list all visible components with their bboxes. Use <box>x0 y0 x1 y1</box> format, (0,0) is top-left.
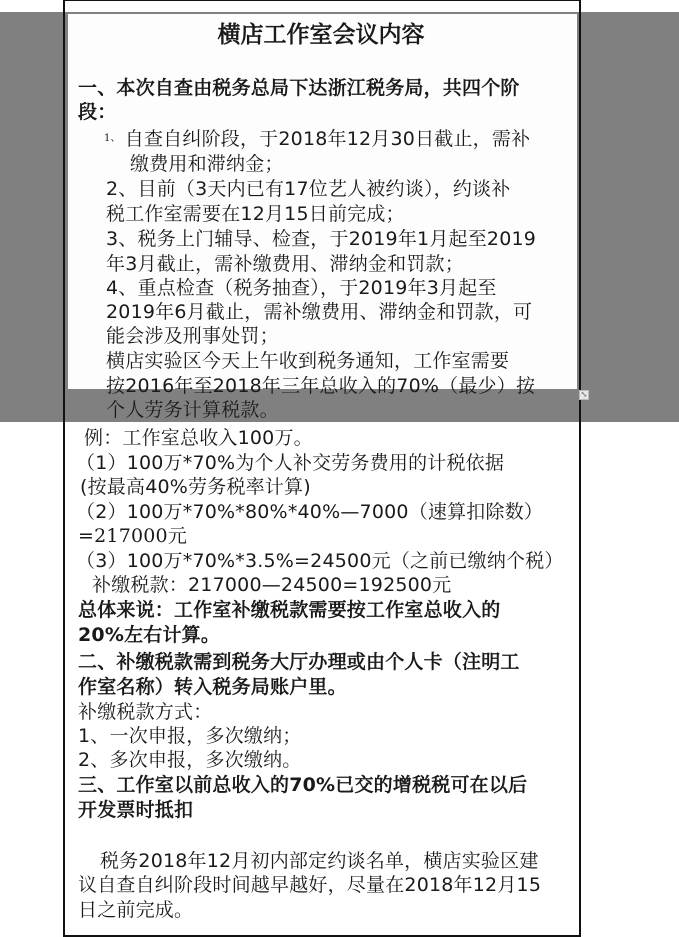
notice-line1: 横店实验区今天上午收到税务通知，工作室需要 <box>106 349 509 373</box>
stage1-marker: 1、 <box>104 133 121 144</box>
summary-line1: 总体来说：工作室补缴税款需要按工作室总收入的 <box>78 598 500 622</box>
section3-heading-cont: 开发票时抵扣 <box>78 798 193 822</box>
example-step1-line2: (按最高40%劳务税率计算) <box>80 475 311 499</box>
resize-handle-icon[interactable]: ⤡ <box>579 390 589 400</box>
notice-line3: 个人劳务计算税款。 <box>106 398 279 422</box>
stage1-line2: 缴费用和滞纳金； <box>130 152 284 176</box>
closing-line2: 议自查自纠阶段时间越早越好，尽量在2018年12月15 <box>78 873 541 897</box>
stage4-line1: 4、重点检查（税务抽查），于2019年3月起至 <box>106 276 497 300</box>
section2-heading-cont: 作室名称）转入税务局账户里。 <box>78 675 347 699</box>
summary-line2: 20%左右计算。 <box>78 623 220 647</box>
stage4-line2: 2019年6月截止，需补缴费用、滞纳金和罚款，可 <box>106 300 532 324</box>
section1-heading-cont: 段： <box>78 100 116 124</box>
section3-heading: 三、工作室以前总收入的70%已交的增税税可在以后 <box>78 773 527 797</box>
document-page: 横店工作室会议内容 一、本次自查由税务总局下达浙江税务局，共四个阶 段： 1、自… <box>64 0 578 935</box>
stage1-text: 自查自纠阶段，于2018年12月30日截止，需补 <box>125 128 531 150</box>
stage2-line2: 税工作室需要在12月15日前完成； <box>106 202 405 226</box>
document-title: 横店工作室会议内容 <box>64 20 578 50</box>
section2-heading: 二、补缴税款需到税务大厅办理或由个人卡（注明工 <box>78 650 520 674</box>
stage3-line2: 年3月截止，需补缴费用、滞纳金和罚款； <box>106 252 464 276</box>
example-step2-line2: =217000元 <box>78 524 187 548</box>
example-result: 补缴税款：217000—24500=192500元 <box>92 573 451 597</box>
payment-methods-label: 补缴税款方式： <box>78 700 212 724</box>
section1-heading: 一、本次自查由税务总局下达浙江税务局，共四个阶 <box>78 76 520 100</box>
example-step1-line1: （1）100万*70%为个人补交劳务费用的计税依据 <box>76 451 504 475</box>
notice-line2: 按2016年至2018年三年总收入的70%（最少）按 <box>106 374 535 398</box>
stage3-line1: 3、税务上门辅导、检查，于2019年1月起至2019 <box>106 227 536 251</box>
stage1-line1: 1、自查自纠阶段，于2018年12月30日截止，需补 <box>104 127 530 151</box>
example-step2-line1: （2）100万*70%*80%*40%—7000（速算扣除数） <box>76 500 543 524</box>
payment-method-1: 1、一次申报，多次缴纳； <box>78 724 302 748</box>
example-intro: 例：工作室总收入100万。 <box>84 426 313 450</box>
stage4-line3: 能会涉及刑事处罚； <box>106 324 279 348</box>
payment-method-2: 2、多次申报，多次缴纳。 <box>78 748 302 772</box>
stage2-line1: 2、目前（3天内已有17位艺人被约谈），约谈补 <box>106 177 510 201</box>
example-step3: （3）100万*70%*3.5%=24500元（之前已缴纳个税） <box>76 549 564 573</box>
closing-line3: 日之前完成。 <box>78 898 193 922</box>
closing-line1: 税务2018年12月初内部定约谈名单，横店实验区建 <box>100 849 539 873</box>
